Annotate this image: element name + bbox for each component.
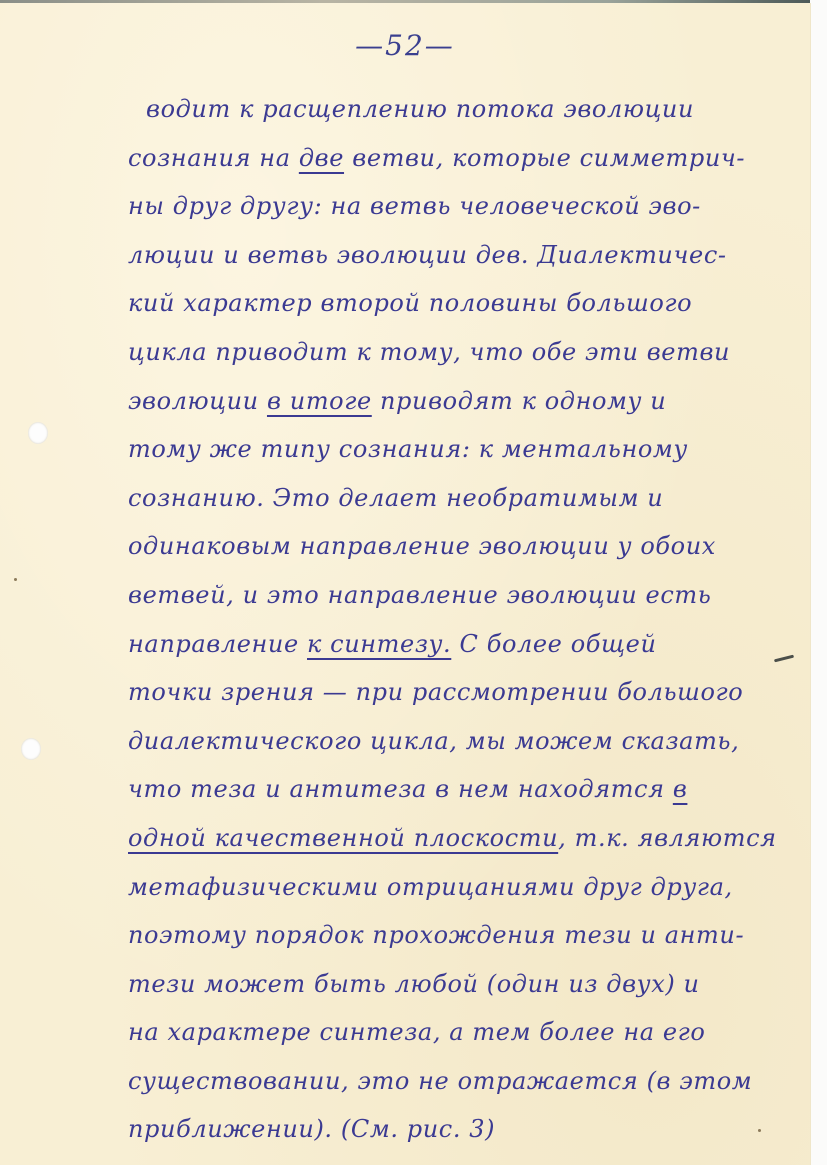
text-line: кий характер второй половины большого (128, 279, 778, 328)
text-line: водит к расщеплению потока эволюции (128, 85, 778, 134)
manuscript-paper: —52— водит к расщеплению потока эволюции… (0, 3, 810, 1165)
text-line: сознанию. Это делает необратимым и (128, 474, 778, 523)
text-line: существовании, это не отражается (в этом (128, 1057, 778, 1106)
punch-hole-top (28, 422, 48, 444)
underlined-text: в итоге (267, 387, 372, 415)
text-line: одной качественной плоскости, т.к. являю… (128, 814, 778, 863)
text-line: ветвей, и это направление эволюции есть (128, 571, 778, 620)
scanned-page: —52— водит к расщеплению потока эволюции… (0, 0, 827, 1165)
underlined-text: две (299, 144, 344, 172)
text-line: приближении). (См. рис. 3) (128, 1105, 778, 1154)
text-line: одинаковым направление эволюции у обоих (128, 522, 778, 571)
page-number: —52— (0, 29, 810, 62)
underlined-text: к синтезу. (307, 630, 451, 658)
text-line: направление к синтезу. С более общей (128, 620, 778, 669)
text-line: ны друг другу: на ветвь человеческой эво… (128, 182, 778, 231)
text-line: поэтому порядок прохождения тези и анти- (128, 911, 778, 960)
punch-hole-bottom (21, 738, 41, 760)
text-line: метафизическими отрицаниями друг друга, (128, 863, 778, 912)
text-line: диалектического цикла, мы можем сказать, (128, 717, 778, 766)
paper-speck (14, 578, 17, 581)
handwritten-text: водит к расщеплению потока эволюции созн… (128, 85, 778, 1154)
text-line: точки зрения — при рассмотрении большого (128, 668, 778, 717)
text-line: что теза и антитеза в нем находятся в (128, 765, 778, 814)
text-line: люции и ветвь эволюции дев. Диалектичес- (128, 231, 778, 280)
underlined-text: одной качественной плоскости (128, 824, 558, 852)
text-line: сознания на две ветви, которые симметрич… (128, 134, 778, 183)
text-line: цикла приводит к тому, что обе эти ветви (128, 328, 778, 377)
text-line: на характере синтеза, а тем более на его (128, 1008, 778, 1057)
text-line: тому же типу сознания: к ментальному (128, 425, 778, 474)
underlined-text: в (673, 775, 688, 803)
text-line: эволюции в итоге приводят к одному и (128, 377, 778, 426)
text-line: тези может быть любой (один из двух) и (128, 960, 778, 1009)
